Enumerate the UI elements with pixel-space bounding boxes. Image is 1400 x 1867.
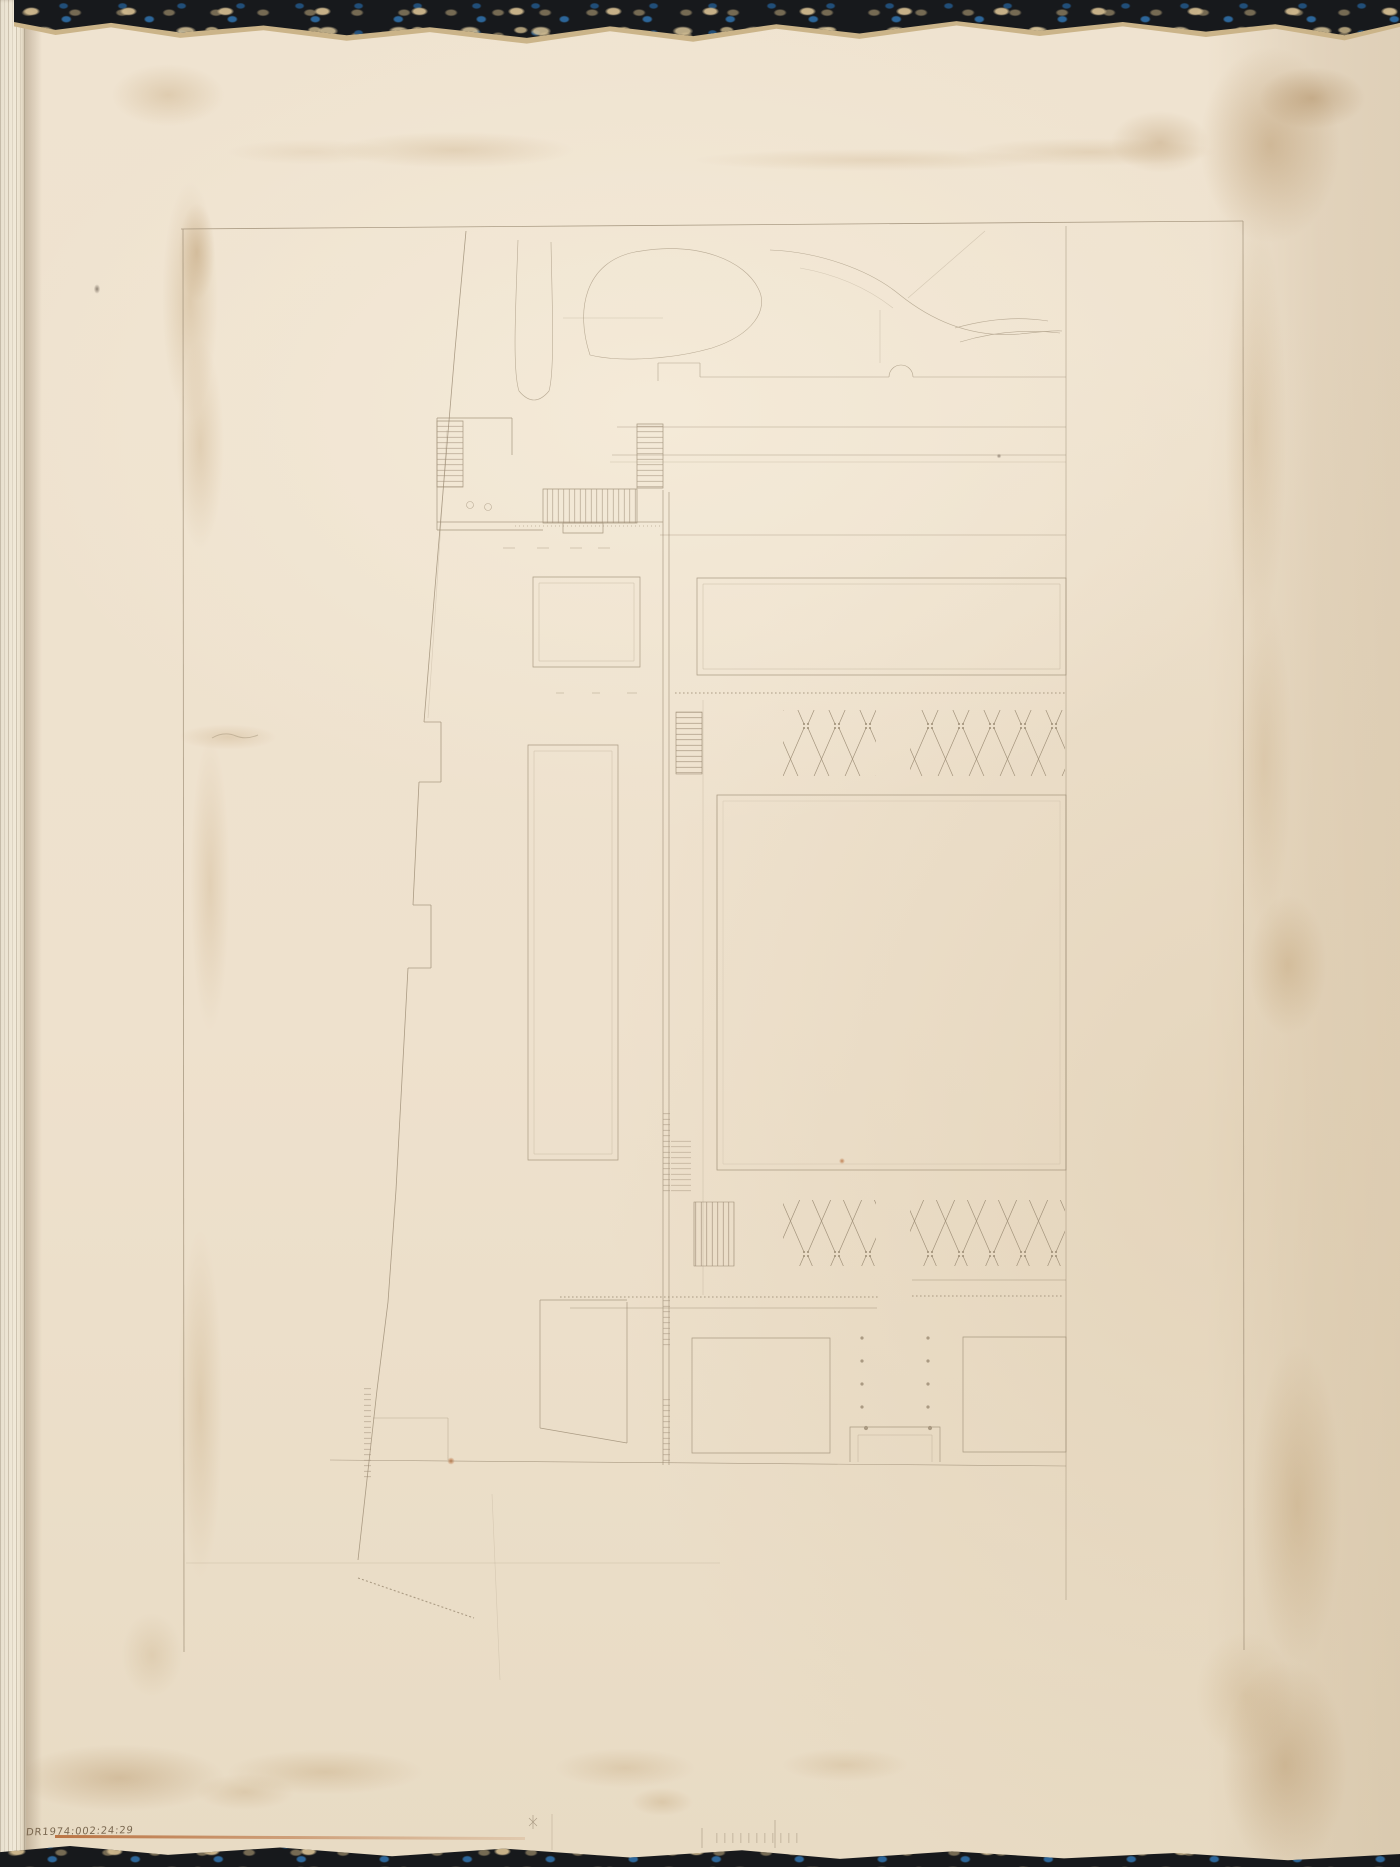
page-fore-edges <box>0 0 26 1867</box>
garden-stairs <box>437 418 663 533</box>
surveyors-mark <box>529 1814 552 1850</box>
site-plan-drawing <box>0 0 1400 1867</box>
west-building-range <box>437 490 703 1465</box>
scanned-album-page: DR1974:002:24:29 <box>0 0 1400 1867</box>
trellis-parterre-bands <box>671 710 1065 1266</box>
lower-rooms <box>330 1300 1066 1466</box>
column-dots <box>860 1336 932 1430</box>
pencil-smudge <box>212 734 258 738</box>
drawing-border <box>181 221 1244 1652</box>
bottom-left-walls <box>358 1384 500 1680</box>
garden-path-curves <box>467 231 1063 511</box>
page-gutter-shadow <box>26 0 42 1867</box>
scale-ticks <box>702 1820 800 1848</box>
east-range-block <box>660 535 1066 693</box>
central-courtyard <box>717 795 1066 1170</box>
colonnade-dotted-rows <box>560 1280 1066 1308</box>
